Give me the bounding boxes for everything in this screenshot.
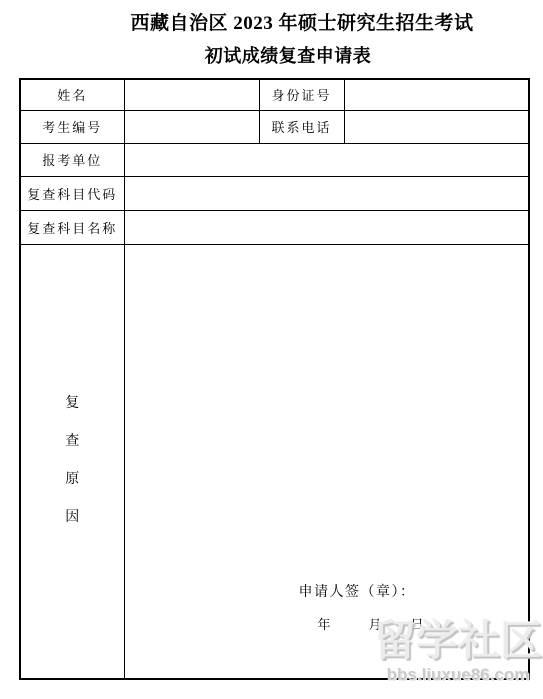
reason-char: 因: [65, 511, 79, 525]
table-row-name-id: 姓名 身份证号: [20, 79, 529, 110]
apply-unit-label: 报考单位: [20, 143, 124, 176]
phone-label: 联系电话: [259, 110, 344, 143]
score-review-application-document: 西藏自治区 2023 年硕士研究生招生考试 初试成绩复查申请表 姓名 身份证号 …: [0, 0, 543, 699]
date-line: 年月日: [318, 614, 424, 633]
document-title-line1: 西藏自治区 2023 年硕士研究生招生考试: [130, 8, 473, 35]
subject-code-label: 复查科目代码: [20, 176, 124, 210]
applicant-signature-label: 申请人签（章）：: [299, 581, 416, 601]
reason-char: 原: [65, 473, 79, 487]
reason-char: 查: [65, 435, 79, 449]
phone-value-cell: [344, 110, 529, 143]
review-reason-vertical-text: 复 查 原 因: [21, 245, 124, 679]
table-row-candidate-phone: 考生编号 联系电话: [20, 110, 529, 143]
application-form-table: 姓名 身份证号 考生编号 联系电话 报考单位 复查科目代码 复查科目名称: [19, 78, 530, 680]
name-value-cell: [124, 79, 259, 110]
review-reason-label: 复 查 原 因: [20, 244, 124, 679]
subject-name-label: 复查科目名称: [20, 210, 124, 244]
table-row-subject-name: 复查科目名称: [20, 210, 529, 244]
id-number-value-cell: [344, 79, 529, 110]
year-label: 年: [318, 617, 331, 632]
id-number-label: 身份证号: [259, 79, 344, 110]
name-label: 姓名: [20, 79, 124, 110]
candidate-number-value-cell: [124, 110, 259, 143]
table-row-subject-code: 复查科目代码: [20, 176, 529, 210]
month-label: 月: [369, 617, 382, 632]
candidate-number-label: 考生编号: [20, 110, 124, 143]
review-reason-value-cell: 申请人签（章）： 年月日: [124, 244, 529, 679]
document-title-line2: 初试成绩复查申请表: [205, 42, 372, 68]
day-label: 日: [411, 617, 424, 632]
table-row-apply-unit: 报考单位: [20, 143, 529, 176]
table-row-review-reason: 复 查 原 因 申请人签（章）： 年月日: [20, 244, 529, 679]
reason-char: 复: [65, 397, 79, 411]
subject-name-value-cell: [124, 210, 529, 244]
subject-code-value-cell: [124, 176, 529, 210]
apply-unit-value-cell: [124, 143, 529, 176]
